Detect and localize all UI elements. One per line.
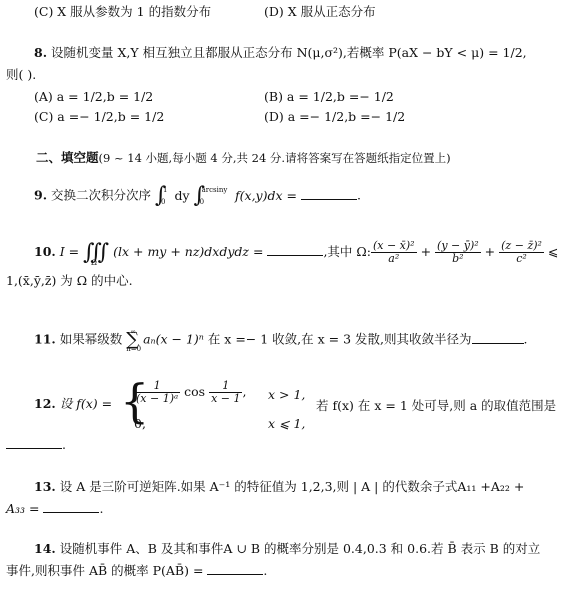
answer-blank[interactable] xyxy=(207,562,263,575)
lhs: I = xyxy=(60,244,79,259)
question-text: 设随机事件 A、B 及其和事件A ∪ B 的概率分别是 0.4,0.3 和 0.… xyxy=(60,541,541,556)
section-title: 二、填空题 xyxy=(36,150,99,165)
fraction: (z − z̄)²c² xyxy=(499,240,544,265)
question-number: 9. xyxy=(34,188,47,203)
case-1-condition: x > 1, xyxy=(268,387,305,403)
answer-blank[interactable] xyxy=(6,436,62,449)
question-11: 11. 如果幂级数 ∑∞n=0 aₙ(x − 1)ⁿ 在 x =− 1 收敛,在… xyxy=(34,330,527,350)
where-text: ,其中 Ω: xyxy=(323,244,371,259)
integrand: (lx + my + nz)dxdydz = xyxy=(113,244,263,259)
question-10-cont: 1,(x̄,ȳ,z̄) 为 Ω 的中心. xyxy=(6,273,133,289)
integrand: f(x,y)dx = xyxy=(235,188,297,203)
question-12-answer: . xyxy=(6,436,66,453)
question-10: 10. I = ∭Ω (lx + my + nz)dxdydz = ,其中 Ω:… xyxy=(34,240,558,265)
question-14-cont: 事件,则积事件 AB̄ 的概率 P(AB̄) = . xyxy=(6,562,267,579)
question-13: 13. 设 A 是三阶可逆矩阵.如果 A⁻¹ 的特征值为 1,2,3,则 | A… xyxy=(34,479,524,495)
q7-option-d: (D) X 服从正态分布 xyxy=(264,4,376,20)
question-14: 14. 设随机事件 A、B 及其和事件A ∪ B 的概率分别是 0.4,0.3 … xyxy=(34,541,540,557)
question-number: 10. xyxy=(34,244,56,259)
piecewise-case-2: 0, xyxy=(134,416,146,432)
section-header: 二、填空题(9 ~ 14 小题,每小题 4 分,共 24 分.请将答案写在答题纸… xyxy=(36,150,451,166)
question-text: A₃₃ = xyxy=(6,501,40,516)
question-8-stem-cont: 则( ). xyxy=(6,67,36,83)
question-text: 在 x =− 1 收敛,在 x = 3 发散,则其收敛半径为 xyxy=(208,332,472,347)
section-desc: (9 ~ 14 小题,每小题 4 分,共 24 分.请将答案写在答题纸指定位置上… xyxy=(99,151,451,165)
question-number: 11. xyxy=(34,332,56,347)
integral-sign: ∫arcsiny0 xyxy=(194,186,205,206)
piecewise-case-1: 1(x − 1)ᵃ cos 1x − 1, xyxy=(134,380,246,405)
integral-sign: ∫10 xyxy=(155,186,166,206)
answer-blank[interactable] xyxy=(43,500,99,513)
question-text: 如果幂级数 xyxy=(60,332,123,347)
q8-option-d: (D) a =− 1/2,b =− 1/2 xyxy=(264,109,405,125)
question-stem: 设随机变量 X,Y 相互独立且都服从正态分布 N(μ,σ²),若概率 P(aX … xyxy=(51,45,527,60)
series-term: aₙ(x − 1)ⁿ xyxy=(143,332,204,347)
function-def: 设 f(x) = xyxy=(60,396,112,411)
q8-option-a: (A) a = 1/2,b = 1/2 xyxy=(34,89,153,105)
case-2-condition: x ⩽ 1, xyxy=(268,416,305,432)
answer-blank[interactable] xyxy=(301,187,357,200)
q8-option-c: (C) a =− 1/2,b = 1/2 xyxy=(34,109,164,125)
q7-option-c: (C) X 服从参数为 1 的指数分布 xyxy=(34,4,211,20)
question-number: 12. xyxy=(34,396,56,411)
question-12-cont: 若 f(x) 在 x = 1 处可导,则 a 的取值范围是 xyxy=(316,398,556,414)
question-number: 8. xyxy=(34,45,47,60)
fraction: 1(x − 1)ᵃ xyxy=(134,380,180,405)
question-text: 设 A 是三阶可逆矩阵.如果 A⁻¹ 的特征值为 1,2,3,则 | A | 的… xyxy=(60,479,525,494)
question-9: 9. 交换二次积分次序 ∫10 dy ∫arcsiny0 f(x,y)dx = … xyxy=(34,186,361,206)
fraction: (x − x̄)²a² xyxy=(371,240,417,265)
fraction: (y − ȳ)²b² xyxy=(435,240,481,265)
fraction: 1x − 1 xyxy=(209,380,242,405)
differential: dy xyxy=(175,188,190,203)
answer-blank[interactable] xyxy=(472,331,524,344)
q8-option-b: (B) a = 1/2,b =− 1/2 xyxy=(264,89,394,105)
question-text: 事件,则积事件 AB̄ 的概率 P(AB̄) = xyxy=(6,563,203,578)
answer-blank[interactable] xyxy=(267,243,323,256)
question-8: 8. 设随机变量 X,Y 相互独立且都服从正态分布 N(μ,σ²),若概率 P(… xyxy=(34,45,527,61)
triple-integral-sign: ∭Ω xyxy=(83,243,109,263)
question-number: 14. xyxy=(34,541,56,556)
question-number: 13. xyxy=(34,479,56,494)
question-13-cont: A₃₃ = . xyxy=(6,500,103,517)
summation-sign: ∑∞n=0 xyxy=(126,330,139,350)
question-text: 交换二次积分次序 xyxy=(51,188,151,203)
question-12: 12. 设 f(x) = xyxy=(34,396,112,412)
